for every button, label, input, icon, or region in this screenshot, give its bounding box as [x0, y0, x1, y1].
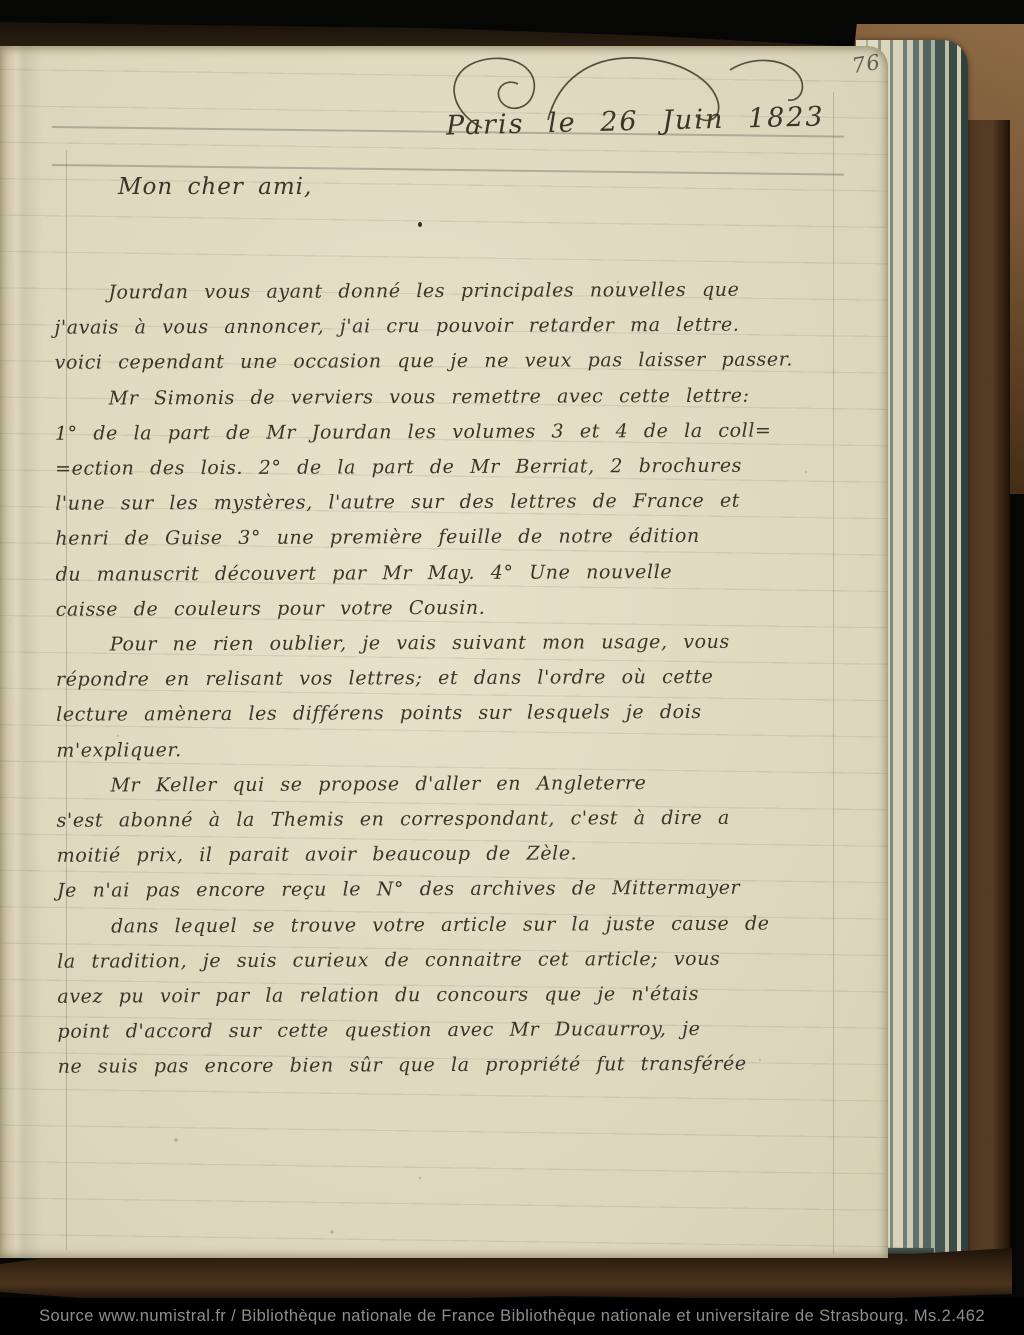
letter-line: Pour ne rien oublier, je vais suivant mo…: [56, 624, 840, 663]
source-caption-text: Source www.numistral.fr / Bibliothèque n…: [39, 1307, 985, 1326]
letter-line: ne suis pas encore bien sûr que la propr…: [58, 1047, 842, 1086]
letter-line: moitié prix, il parait avoir beaucoup de…: [57, 836, 841, 875]
letter-line: Jourdan vous ayant donné les principales…: [54, 272, 838, 311]
letter-line: Mr Simonis de verviers vous remettre ave…: [55, 378, 839, 417]
digitized-manuscript-view: Paris le 26 Juin 1823 Mon cher ami, Jour…: [0, 0, 1024, 1335]
letter-line: Je n'ai pas encore reçu le N° des archiv…: [57, 871, 841, 910]
letter-line: j'avais à vous annoncer, j'ai cru pouvoi…: [54, 307, 838, 346]
manuscript-page: Paris le 26 Juin 1823 Mon cher ami, Jour…: [0, 46, 888, 1258]
letter-line: caisse de couleurs pour votre Cousin.: [56, 589, 840, 628]
letter-line: s'est abonné à la Themis en correspondan…: [57, 800, 841, 839]
letter-paragraph: Jourdan vous ayant donné les principales…: [54, 272, 838, 381]
source-caption-bar: Source www.numistral.fr / Bibliothèque n…: [0, 1298, 1024, 1335]
letter-line: du manuscrit découvert par Mr May. 4° Un…: [55, 554, 839, 593]
letter-line: voici cependant une occasion que je ne v…: [55, 343, 839, 382]
letter-line: point d'accord sur cette question avec M…: [57, 1012, 841, 1051]
letter-line: henri de Guise 3° une première feuille d…: [55, 519, 839, 558]
folio-number: 76: [850, 50, 882, 78]
letter-line: la tradition, je suis curieux de connait…: [57, 941, 841, 980]
letter-line: Mr Keller qui se propose d'aller en Angl…: [56, 765, 840, 804]
letter-line: m'expliquer.: [56, 730, 840, 769]
letter-paragraph: Mr Simonis de verviers vous remettre ave…: [55, 378, 840, 628]
letter-line: dans lequel se trouve votre article sur …: [57, 906, 841, 945]
letter-salutation: Mon cher ami,: [118, 174, 312, 200]
letter-line: l'une sur les mystères, l'autre sur des …: [55, 484, 839, 523]
letter-paragraph: Pour ne rien oublier, je vais suivant mo…: [56, 624, 841, 768]
letter-paragraph: dans lequel se trouve votre article sur …: [57, 906, 842, 1085]
letter-line: répondre en relisant vos lettres; et dan…: [56, 660, 840, 699]
letter-body: Jourdan vous ayant donné les principales…: [54, 272, 842, 1085]
letter-paragraph: Mr Keller qui se propose d'aller en Angl…: [56, 765, 841, 909]
letter-line: =ection des lois. 2° de la part de Mr Be…: [55, 448, 839, 487]
letter-line: 1° de la part de Mr Jourdan les volumes …: [55, 413, 839, 452]
ink-blot: [418, 222, 422, 227]
letter-line: avez pu voir par la relation du concours…: [57, 976, 841, 1015]
letter-line: lecture amènera les différens points sur…: [56, 695, 840, 734]
